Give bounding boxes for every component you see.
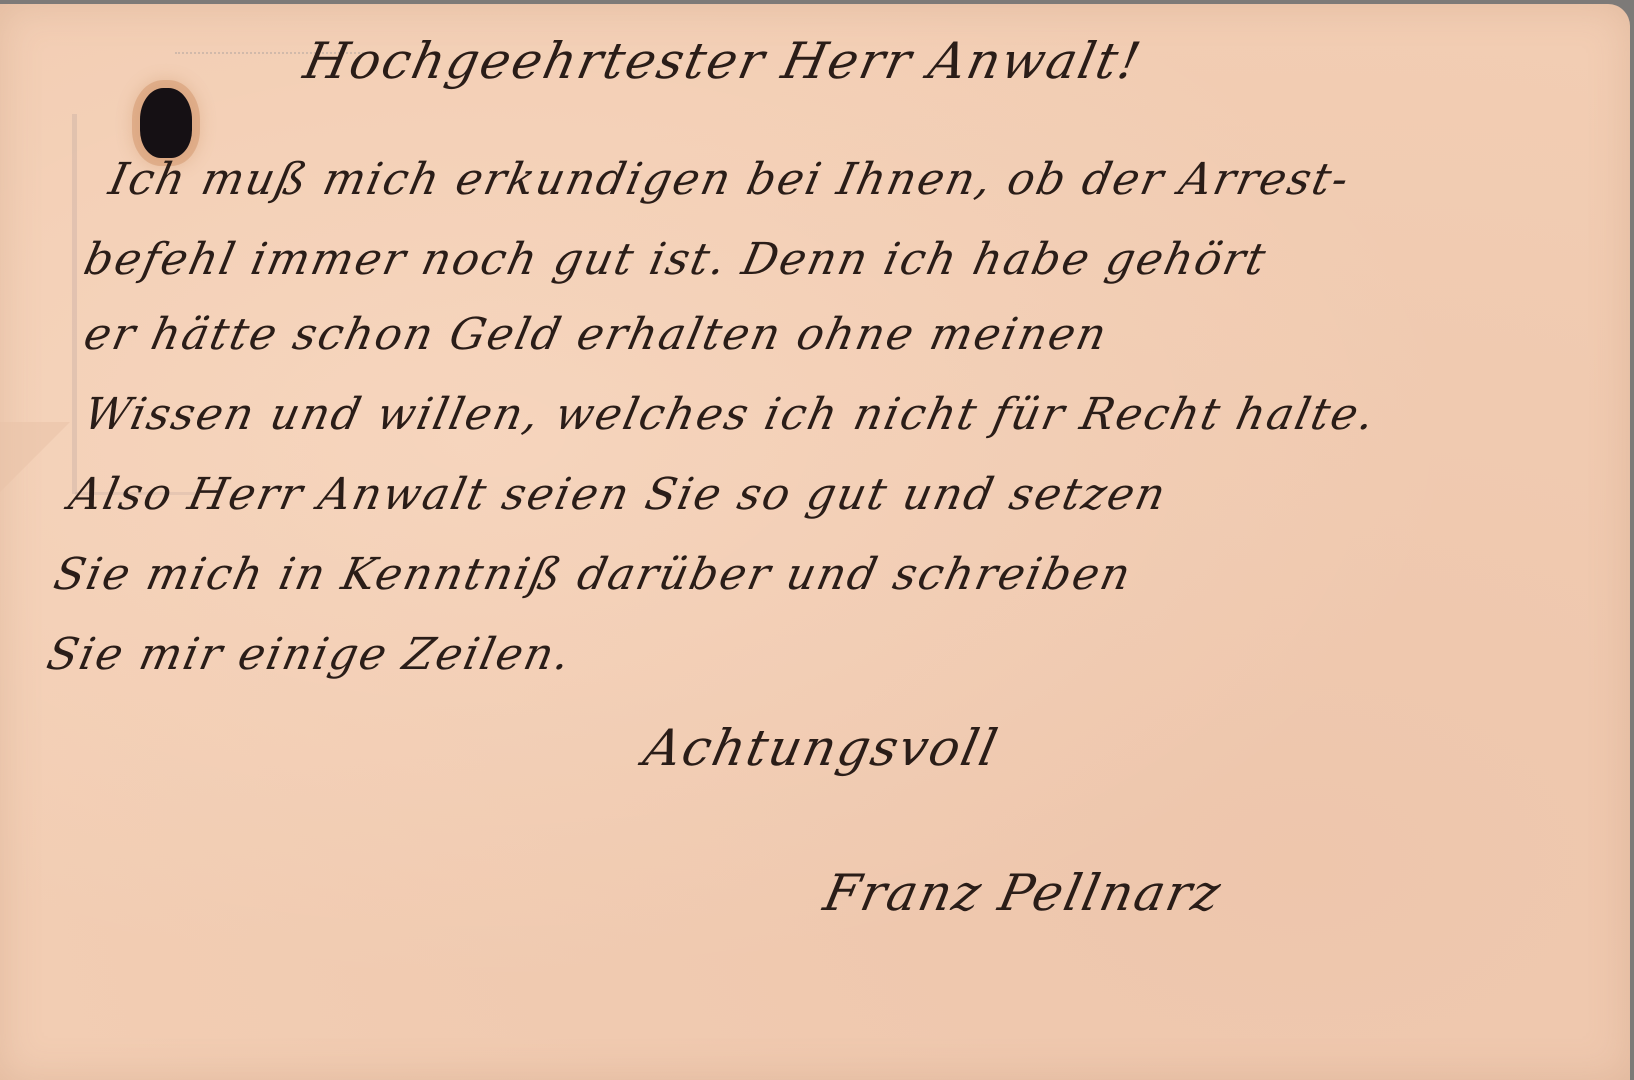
salutation: Hochgeehrtester Herr Anwalt! <box>299 32 1147 90</box>
body-line-4: Wissen und willen, welches ich nicht für… <box>80 389 1381 440</box>
postcard: Hochgeehrtester Herr Anwalt! Ich muß mic… <box>0 4 1630 1080</box>
body-line-7: Sie mir einige Zeilen. <box>43 629 577 680</box>
closing: Achtungsvoll <box>639 719 1004 777</box>
ink-blot-seal <box>140 88 192 158</box>
signature: Franz Pellnarz <box>819 864 1227 922</box>
body-line-5: Also Herr Anwalt seien Sie so gut und se… <box>65 469 1172 520</box>
body-line-2: befehl immer noch gut ist. Denn ich habe… <box>80 234 1272 285</box>
fold-shadow <box>72 114 77 494</box>
body-line-6: Sie mich in Kenntniß darüber und schreib… <box>50 549 1137 600</box>
corner-fold <box>0 422 70 492</box>
body-line-1: Ich muß mich erkundigen bei Ihnen, ob de… <box>105 154 1355 205</box>
body-line-3: er hätte schon Geld erhalten ohne meinen <box>80 309 1113 360</box>
